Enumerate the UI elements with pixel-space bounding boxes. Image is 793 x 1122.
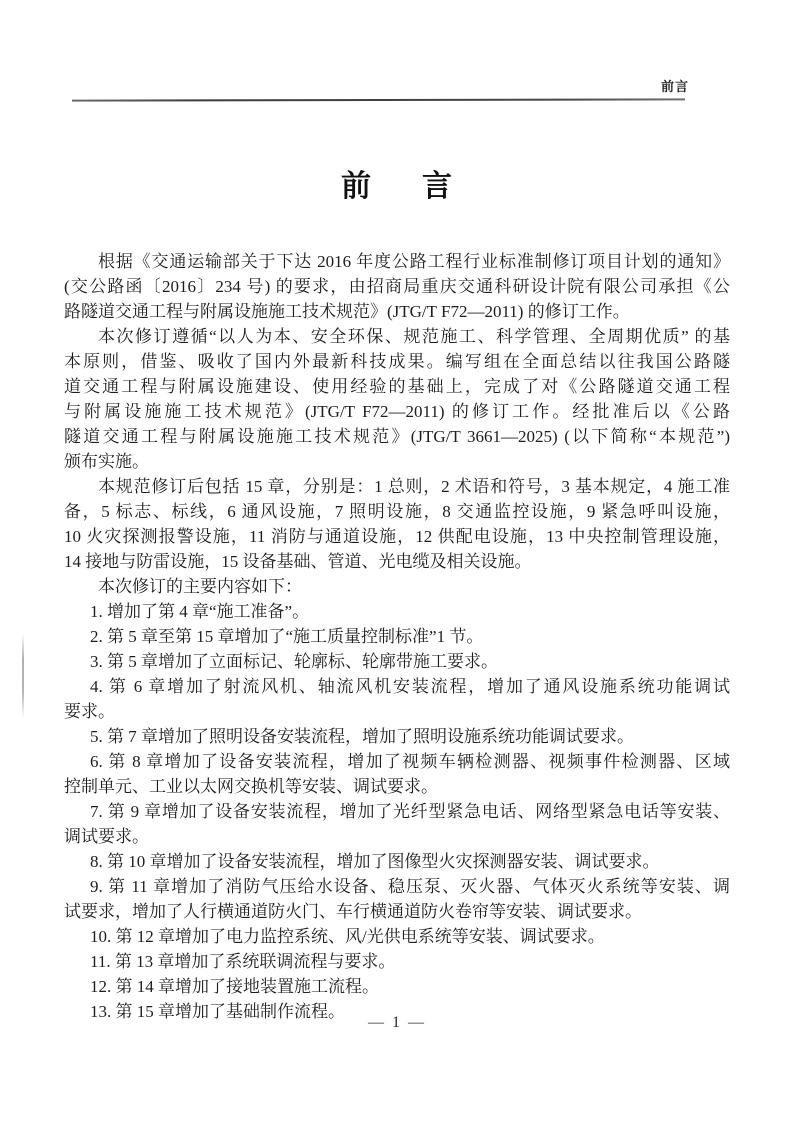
body-paragraph: 2. 第 5 章至第 15 章增加了“施工质量控制标准”1 节。 (64, 624, 730, 649)
body-paragraph: 10. 第 12 章增加了电力监控系统、风/光供电系统等安装、调试要求。 (64, 924, 730, 949)
body-paragraph: 7. 第 9 章增加了设备安装流程，增加了光纤型紧急电话、网络型紧急电话等安装、… (64, 799, 730, 849)
page-number: — 1 — (64, 1014, 730, 1032)
body-line: 本规范修订后包括 15 章，分别是：1 总则，2 术语和符号，3 基本规定，4 … (64, 474, 730, 499)
body-line: 7. 第 9 章增加了设备安装流程，增加了光纤型紧急电话、网络型紧急电话等安装、 (64, 799, 730, 824)
body-line: (交公路函〔2016〕234 号) 的要求，由招商局重庆交通科研设计院有限公司承… (64, 274, 730, 299)
body-paragraph: 11. 第 13 章增加了系统联调流程与要求。 (64, 949, 730, 974)
body-line: 调试要求。 (64, 824, 730, 849)
body-paragraph: 8. 第 10 章增加了设备安装流程，增加了图像型火灾探测器安装、调试要求。 (64, 849, 730, 874)
body-line: 根据《交通运输部关于下达 2016 年度公路工程行业标准制修订项目计划的通知》 (64, 249, 730, 274)
body-paragraph: 本次修订遵循“以人为本、安全环保、规范施工、科学管理、全周期优质” 的基本原则，… (64, 324, 730, 474)
body-line: 颁布实施。 (64, 449, 730, 474)
body-line: 5. 第 7 章增加了照明设备安装流程，增加了照明设施系统功能调试要求。 (64, 724, 730, 749)
body-line: 路隧道交通工程与附属设施施工技术规范》(JTG/T F72—2011) 的修订工… (64, 299, 730, 324)
body-paragraph: 根据《交通运输部关于下达 2016 年度公路工程行业标准制修订项目计划的通知》(… (64, 249, 730, 324)
body-line: 6. 第 8 章增加了设备安装流程，增加了视频车辆检测器、视频事件检测器、区域 (64, 749, 730, 774)
scan-scratch-artifact (22, 634, 24, 718)
body-line: 道交通工程与附属设施建设、使用经验的基础上，完成了对《公路隧道交通工程 (64, 374, 730, 399)
body-paragraph: 4. 第 6 章增加了射流风机、轴流风机安装流程，增加了通风设施系统功能调试要求… (64, 674, 730, 724)
body-line: 10 火灾探测报警设施，11 消防与通道设施，12 供配电设施，13 中央控制管… (64, 524, 730, 549)
body-line: 试要求，增加了人行横通道防火门、车行横通道防火卷帘等安装、调试要求。 (64, 899, 730, 924)
body-line: 3. 第 5 章增加了立面标记、轮廓标、轮廓带施工要求。 (64, 649, 730, 674)
page-body: 根据《交通运输部关于下达 2016 年度公路工程行业标准制修订项目计划的通知》(… (64, 249, 730, 1024)
body-line: 与附属设施施工技术规范》(JTG/T F72—2011) 的修订工作。经批准后以… (64, 399, 730, 424)
page-title: 前 言 (0, 170, 793, 203)
body-line: 1. 增加了第 4 章“施工准备”。 (64, 599, 730, 624)
body-paragraph: 1. 增加了第 4 章“施工准备”。 (64, 599, 730, 624)
body-paragraph: 本次修订的主要内容如下： (64, 574, 730, 599)
body-paragraph: 9. 第 11 章增加了消防气压给水设备、稳压泵、灭火器、气体灭火系统等安装、调… (64, 874, 730, 924)
running-header-label: 前言 (661, 76, 689, 95)
body-paragraph: 3. 第 5 章增加了立面标记、轮廓标、轮廓带施工要求。 (64, 649, 730, 674)
body-paragraph: 5. 第 7 章增加了照明设备安装流程，增加了照明设施系统功能调试要求。 (64, 724, 730, 749)
body-line: 备，5 标志、标线，6 通风设施，7 照明设施，8 交通监控设施，9 紧急呼叫设… (64, 499, 730, 524)
body-line: 控制单元、工业以太网交换机等安装、调试要求。 (64, 774, 730, 799)
body-line: 4. 第 6 章增加了射流风机、轴流风机安装流程，增加了通风设施系统功能调试 (64, 674, 730, 699)
body-paragraph: 12. 第 14 章增加了接地装置施工流程。 (64, 974, 730, 999)
body-line: 14 接地与防雷设施，15 设备基础、管道、光电缆及相关设施。 (64, 549, 730, 574)
body-line: 2. 第 5 章至第 15 章增加了“施工质量控制标准”1 节。 (64, 624, 730, 649)
body-line: 10. 第 12 章增加了电力监控系统、风/光供电系统等安装、调试要求。 (64, 924, 730, 949)
header-rule (72, 98, 685, 101)
body-paragraph: 6. 第 8 章增加了设备安装流程，增加了视频车辆检测器、视频事件检测器、区域控… (64, 749, 730, 799)
body-line: 8. 第 10 章增加了设备安装流程，增加了图像型火灾探测器安装、调试要求。 (64, 849, 730, 874)
body-line: 隧道交通工程与附属设施施工技术规范》(JTG/T 3661—2025) (以下简… (64, 424, 730, 449)
body-line: 要求。 (64, 699, 730, 724)
body-line: 本次修订的主要内容如下： (64, 574, 730, 599)
body-line: 12. 第 14 章增加了接地装置施工流程。 (64, 974, 730, 999)
body-line: 本次修订遵循“以人为本、安全环保、规范施工、科学管理、全周期优质” 的基 (64, 324, 730, 349)
document-page: 前言 前 言 根据《交通运输部关于下达 2016 年度公路工程行业标准制修订项目… (0, 0, 793, 1122)
body-line: 9. 第 11 章增加了消防气压给水设备、稳压泵、灭火器、气体灭火系统等安装、调 (64, 874, 730, 899)
body-line: 11. 第 13 章增加了系统联调流程与要求。 (64, 949, 730, 974)
body-paragraph: 本规范修订后包括 15 章，分别是：1 总则，2 术语和符号，3 基本规定，4 … (64, 474, 730, 574)
body-line: 本原则，借鉴、吸收了国内外最新科技成果。编写组在全面总结以往我国公路隧 (64, 349, 730, 374)
